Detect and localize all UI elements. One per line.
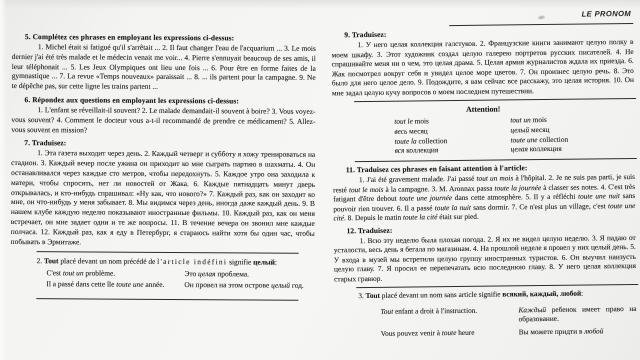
scanned-textbook-page: 5. Complétez ces phrases en employant le… xyxy=(0,0,640,360)
attention-phrase: вся коллекция xyxy=(395,145,511,156)
rule-divider-top xyxy=(37,251,299,254)
example-russian: Он провел на этом острове целый год. xyxy=(168,280,314,291)
example-russian: Это целая проблема. xyxy=(168,269,314,280)
scan-shadow-left xyxy=(0,0,7,360)
example-french: C'est tout un problème. xyxy=(10,268,168,279)
chapter-title: LE PRONOM xyxy=(581,9,631,19)
exercise-9-body: 1. У него целая коллекция галстуков. 2. … xyxy=(331,37,634,97)
grammar-rule-3-examples: Tout enfant a droit à l'instruction. Каж… xyxy=(334,304,636,339)
attention-table: tout le mois весь месяц toute la collect… xyxy=(332,114,634,157)
example-french: Vous pouvez venir à toute heure xyxy=(335,327,503,338)
exercise-7-body: 1. Эта газета выходит через день. 2. Каж… xyxy=(11,148,316,248)
example-french: Tout enfant a droit à l'instruction. xyxy=(334,305,502,326)
example-french: Il a passé dans cette île toute une anné… xyxy=(10,279,168,290)
grammar-rule-2: 2. Tout placé devant un nom précédé de l… xyxy=(10,251,314,300)
attention-column-definite: tout le mois весь месяц toute la collect… xyxy=(394,115,510,156)
attention-box: Attention! tout le mois весь месяц toute… xyxy=(332,98,635,163)
running-header: LE PRONOM xyxy=(449,2,633,26)
right-column: LE PRONOM 9. Traduisez: 1. У него целая … xyxy=(331,2,637,339)
exercise-5-body: 1. Michel était si fatigué qu'il s'arrêt… xyxy=(12,42,316,93)
example-russian: Каждый ребенок имеет право на образовани… xyxy=(502,304,636,325)
example-row: Il a passé dans cette île toute une anné… xyxy=(10,279,314,291)
grammar-rule-2-lead: 2. Tout placé devant un nom précédé de l… xyxy=(11,256,315,268)
example-row: C'est tout un problème. Это целая пробле… xyxy=(10,268,314,280)
attention-column-indefinite: tout un mois целый месяц toute une colle… xyxy=(510,114,626,155)
example-row: Tout enfant a droit à l'instruction. Каж… xyxy=(334,304,636,326)
example-russian: Вы можете придти в любой xyxy=(503,326,637,337)
exercise-6-body: 1. L'enfant se réveillait-il souvent? 2.… xyxy=(11,105,315,136)
left-column: 5. Complétez ces phrases en employant le… xyxy=(10,28,316,305)
grammar-rule-2-examples: C'est tout un problème. Это целая пробле… xyxy=(10,268,314,290)
exercise-12-body: 1. Всю эту неделю была плохая погода. 2.… xyxy=(334,233,637,284)
attention-phrase: целая коллекция xyxy=(511,143,627,154)
example-row: Vous pouvez venir à toute heure Вы может… xyxy=(335,326,637,339)
rule-divider-bottom xyxy=(36,298,298,301)
grammar-rule-3-lead: 3. Tout placé devant un nom sans article… xyxy=(334,288,636,301)
exercise-11-body: 1. J'ai été gravement malade. J'ai passé… xyxy=(333,172,636,223)
grammar-rule-3: 3. Tout placé devant un nom sans article… xyxy=(334,284,637,338)
